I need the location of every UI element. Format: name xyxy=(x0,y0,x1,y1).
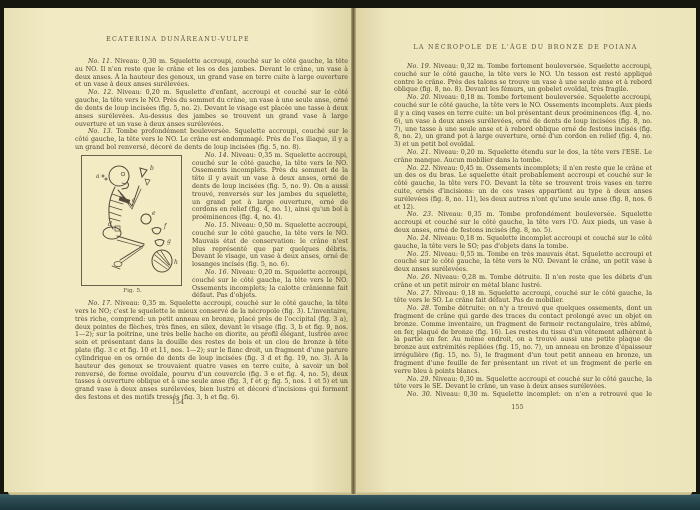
grave-entry-number: No. 20. xyxy=(407,94,431,101)
figure-label-g: g xyxy=(167,238,171,245)
figure-label-c: c xyxy=(132,197,136,204)
grave-entry-paragraph: No. 22. Niveau: 0,45 m. Ossements incomp… xyxy=(394,165,652,212)
left-page: ECATERINA DUNĂREANU-VULPE No. 11. Niveau… xyxy=(4,8,352,492)
grave-entry-number: No. 14. xyxy=(205,152,229,159)
book-photograph: ECATERINA DUNĂREANU-VULPE No. 11. Niveau… xyxy=(0,0,700,510)
grave-entry-number: No. 13. xyxy=(88,128,113,135)
book-cover-edge xyxy=(0,494,700,510)
grave-entry-number: No. 11. xyxy=(88,58,112,65)
grave-entry-number: No. 22. xyxy=(407,165,431,172)
figure-label-a: a xyxy=(96,173,100,180)
grave-entry-paragraph: No. 26. Niveau: 0,28 m. Tombe détruite. … xyxy=(394,274,652,290)
left-paragraphs-top: No. 11. Niveau: 0,30 m. Squelette accrou… xyxy=(75,58,348,152)
figure-5-frame: a b c d e f g h xyxy=(81,155,182,286)
grave-entry-number: No. 21. xyxy=(407,149,431,156)
grave-entry-paragraph: No. 19. Niveau: 0,32 m. Tombe fortement … xyxy=(394,63,652,94)
grave-entry-paragraph: No. 28. Tombe détruite: on n'y a trouvé … xyxy=(394,305,652,375)
figure-label-f: f xyxy=(163,223,168,230)
grave-entry-paragraph: No. 20. Niveau: 0,18 m. Tombe fortement … xyxy=(394,94,652,149)
crouched-skeleton-illustration: a b c d e f g h xyxy=(82,156,181,285)
grave-entry-paragraph: No. 30. Niveau: 0,30 m. Squelette incomp… xyxy=(394,391,652,398)
grave-entry-paragraph: No. 12. Niveau: 0,20 m. Squelette d'enfa… xyxy=(75,89,348,128)
figure-label-h: h xyxy=(174,259,178,266)
skeleton-pelvis xyxy=(103,227,121,239)
grave-entry-number: No. 23. xyxy=(407,211,433,218)
grave-entry-number: No. 27. xyxy=(407,290,431,297)
grave-entry-paragraph: No. 21. Niveau: 0,20 m. Squelette étendu… xyxy=(394,149,652,165)
left-page-number: 154 xyxy=(4,398,352,406)
grave-entry-number: No. 30. xyxy=(407,391,432,398)
grave-entry-paragraph: No. 11. Niveau: 0,30 m. Squelette accrou… xyxy=(75,58,348,89)
left-page-text: No. 11. Niveau: 0,30 m. Squelette accrou… xyxy=(75,58,348,400)
right-page-text: No. 19. Niveau: 0,32 m. Tombe fortement … xyxy=(394,63,652,398)
grave-entry-number: No. 17. xyxy=(88,300,112,307)
figure-5: a b c d e f g h Fig. 5. xyxy=(81,155,184,296)
grave-entry-paragraph: No. 27. Niveau: 0,18 m. Squelette accrou… xyxy=(394,290,652,306)
left-running-head: ECATERINA DUNĂREANU-VULPE xyxy=(4,36,352,43)
figure-label-d: d xyxy=(108,221,112,228)
grave-entry-number: No. 29. xyxy=(407,376,431,383)
grave-entry-number: No. 24. xyxy=(407,235,431,242)
figure-label-b: b xyxy=(150,165,154,172)
grave-entry-number: No. 28. xyxy=(407,305,431,312)
skeleton-legs xyxy=(112,236,144,269)
grave-entry-paragraph: No. 29. Niveau: 0,30 m. Squelette accrou… xyxy=(394,376,652,392)
grave-entry-paragraph: No. 17. Niveau: 0,35 m. Squelette accrou… xyxy=(75,300,348,400)
grave-entry-paragraph: No. 25. Niveau: 0,55 m. Tombe en très ma… xyxy=(394,251,652,274)
grave-entry-number: No. 15. xyxy=(205,222,229,229)
grave-entry-paragraph: No. 24. Niveau: 0,18 m. Squelette incomp… xyxy=(394,235,652,251)
grave-entry-number: No. 19. xyxy=(407,63,431,70)
skeleton-skull xyxy=(109,166,129,189)
grave-entry-number: No. 12. xyxy=(88,89,113,96)
right-page-number: 155 xyxy=(355,403,688,411)
grave-entry-paragraph: No. 13. Tombe profondément bouleversée. … xyxy=(75,128,348,151)
figure-label-e: e xyxy=(152,210,156,217)
book-gutter xyxy=(351,8,356,494)
right-page: LA NÉCROPOLE DE L'ÂGE DU BRONZE DE POIAN… xyxy=(355,8,696,492)
right-running-head: LA NÉCROPOLE DE L'ÂGE DU BRONZE DE POIAN… xyxy=(355,44,696,51)
right-paragraphs: No. 19. Niveau: 0,32 m. Tombe fortement … xyxy=(394,63,652,398)
grave-entry-number: No. 25. xyxy=(407,251,431,258)
figure-5-caption: Fig. 5. xyxy=(81,288,184,296)
grave-entry-paragraph: No. 23. Niveau: 0,35 m. Tombe profondéme… xyxy=(394,211,652,234)
grave-entry-number: No. 16. xyxy=(205,269,229,276)
grave-entry-number: No. 26. xyxy=(407,274,431,281)
